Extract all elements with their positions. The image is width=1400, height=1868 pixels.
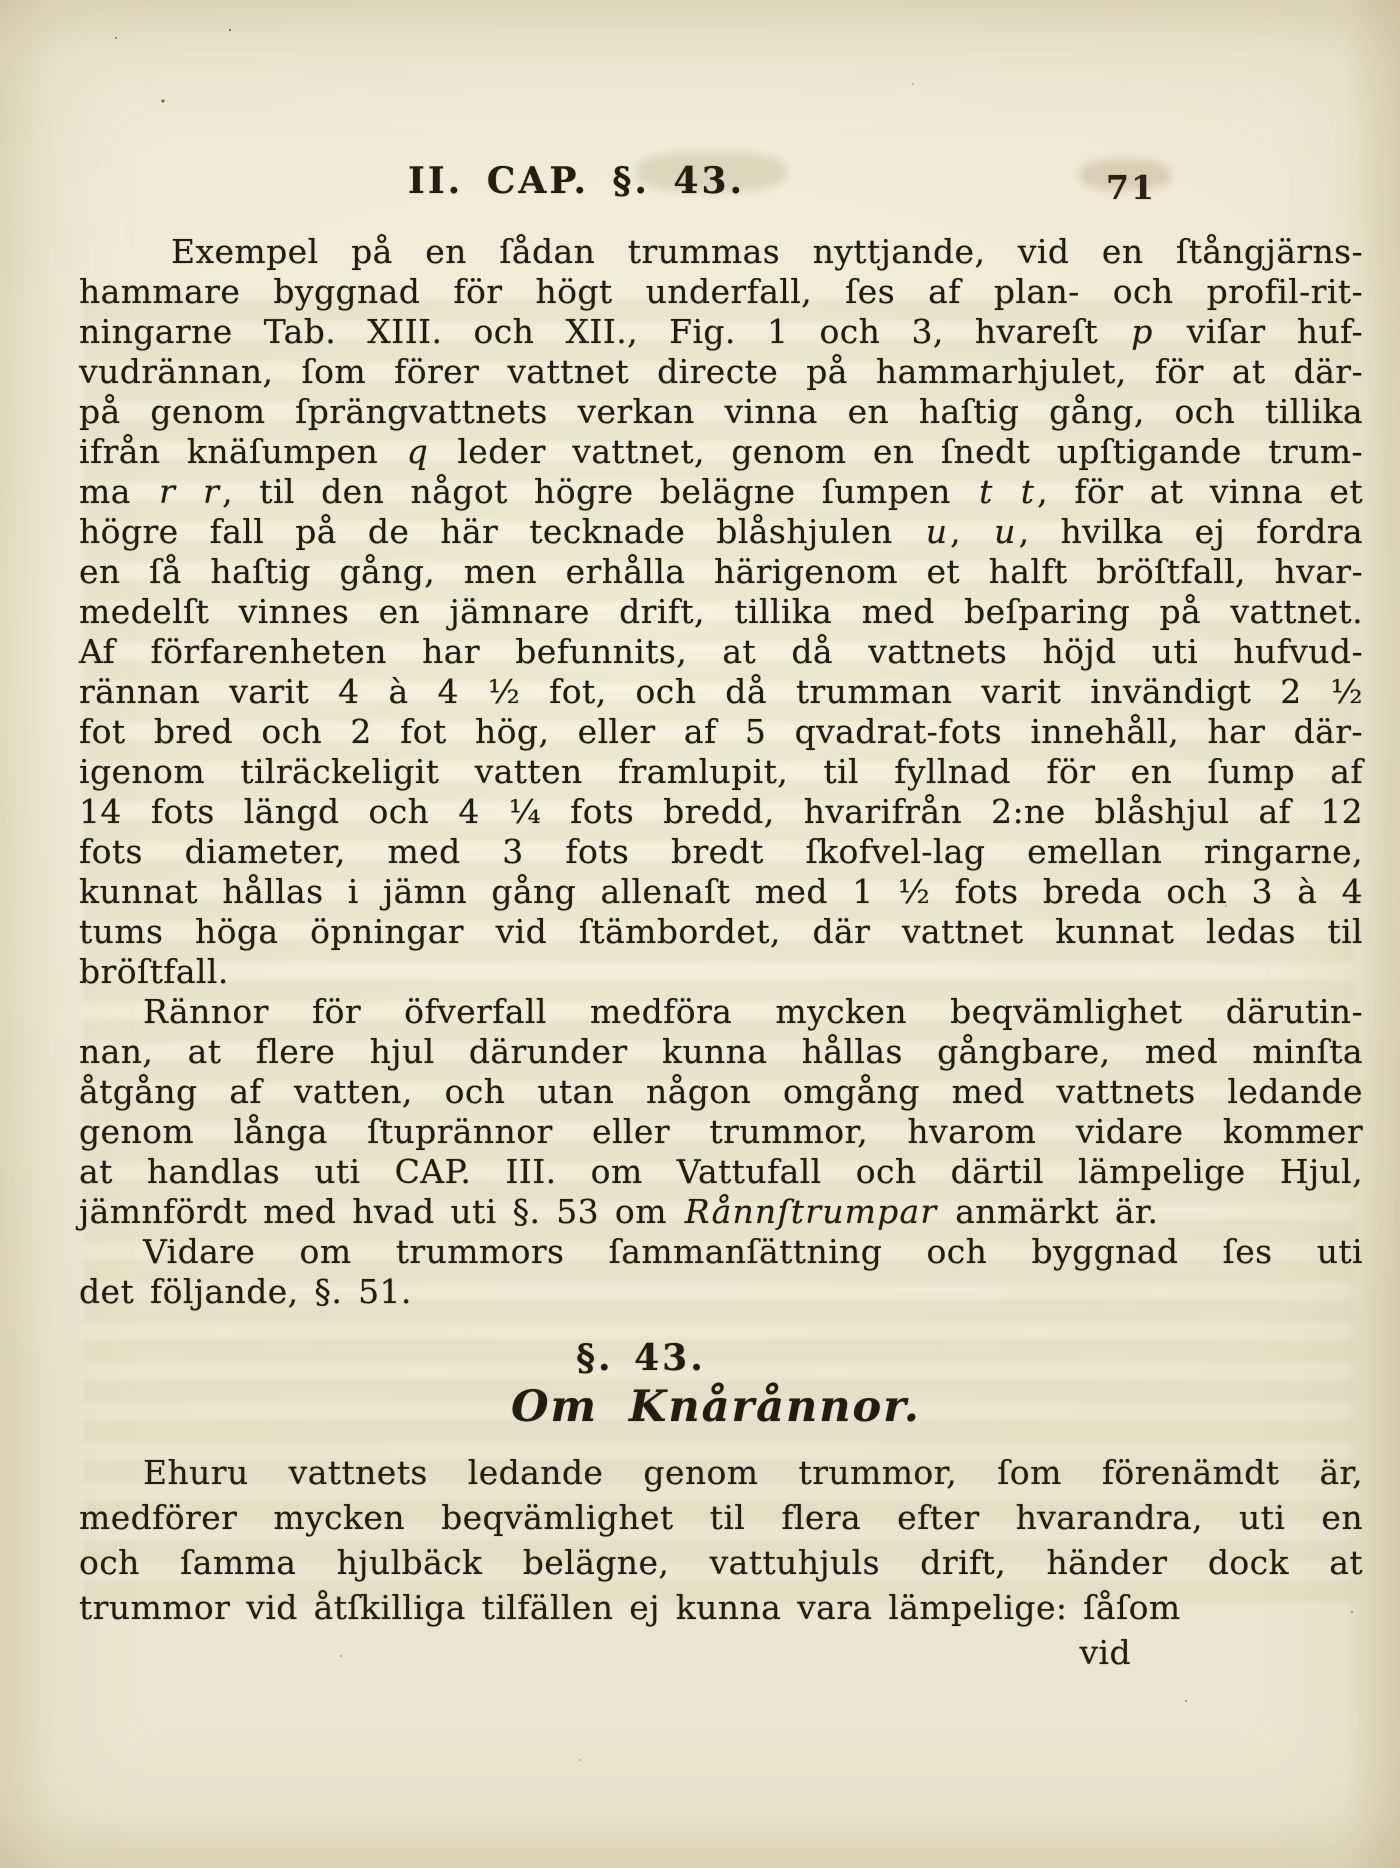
- text-column: Exempel på en ſådan trummas nyttjande, v…: [79, 232, 1363, 1675]
- text-line: ningarne Tab. XIII. och XII., Fig. 1 och…: [79, 312, 1363, 352]
- text-line: at handlas uti CAP. III. om Vattufall oc…: [79, 1152, 1363, 1192]
- text-line: åtgång af vatten, och utan någon omgång …: [79, 1072, 1363, 1112]
- paragraph-2: Rännor för öfverfall medföra mycken beqv…: [79, 992, 1363, 1232]
- text-line: hammare byggnad för högt underfall, ſes …: [79, 272, 1363, 312]
- text-line: Ehuru vattnets ledande genom trummor, ſo…: [79, 1450, 1363, 1495]
- running-head: II. CAP. §. 43.: [408, 160, 745, 202]
- text-line: på genom ſprängvattnets verkan vinna en …: [79, 392, 1363, 432]
- section-number: §. 43.: [79, 1338, 1363, 1378]
- text-line: det följande, §. 51.: [79, 1272, 1363, 1312]
- text-line: ma r r, til den något högre belägne ſump…: [79, 472, 1363, 512]
- text-line: fots diameter, med 3 fots bredt ſkofvel-…: [79, 832, 1363, 872]
- text-line: Af förfarenheten har befunnits, at då va…: [79, 632, 1363, 672]
- text-line: Exempel på en ſådan trummas nyttjande, v…: [79, 232, 1363, 272]
- text-line: jämnfördt med hvad uti §. 53 om Rånnſtru…: [79, 1192, 1363, 1232]
- text-line: vudrännan, ſom förer vattnet directe på …: [79, 352, 1363, 392]
- text-line: ifrån knäſumpen q leder vattnet, genom e…: [79, 432, 1363, 472]
- text-line: rännan varit 4 à 4 ½ fot, och då trumman…: [79, 672, 1363, 712]
- paragraph-4: Ehuru vattnets ledande genom trummor, ſo…: [79, 1450, 1363, 1630]
- text-line: bröſtfall.: [79, 952, 1363, 992]
- text-line: Rännor för öfverfall medföra mycken beqv…: [79, 992, 1363, 1032]
- section-title: Om Knårånnor.: [79, 1387, 1363, 1427]
- text-line: nan, at flere hjul därunder kunna hållas…: [79, 1032, 1363, 1072]
- text-line: Vidare om trummors ſammanſättning och by…: [79, 1232, 1363, 1272]
- text-line: medelſt vinnes en jämnare drift, tillika…: [79, 592, 1363, 632]
- text-line: kunnat hållas i jämn gång allenaſt med 1…: [79, 872, 1363, 912]
- text-line: 14 fots längd och 4 ¼ fots bredd, hvarif…: [79, 792, 1363, 832]
- catchword: vid: [79, 1630, 1363, 1675]
- text-line: medförer mycken beqvämlighet til flera e…: [79, 1495, 1363, 1540]
- text-line: en ſå haſtig gång, men erhålla härigenom…: [79, 552, 1363, 592]
- text-line: högre fall på de här tecknade blåshjulen…: [79, 512, 1363, 552]
- paragraph-3: Vidare om trummors ſammanſättning och by…: [79, 1232, 1363, 1312]
- text-line: tums höga öpningar vid ſtämbordet, där v…: [79, 912, 1363, 952]
- text-line: trummor vid åtſkilliga tilfällen ej kunn…: [79, 1585, 1363, 1630]
- text-line: igenom tilräckeligit vatten framlupit, t…: [79, 752, 1363, 792]
- text-line: fot bred och 2 fot hög, eller af 5 qvadr…: [79, 712, 1363, 752]
- book-page: II. CAP. §. 43. 71 Exempel på en ſådan t…: [0, 0, 1400, 1868]
- page-number: 71: [1106, 168, 1156, 207]
- text-line: genom långa ſtuprännor eller trummor, hv…: [79, 1112, 1363, 1152]
- text-line: och ſamma hjulbäck belägne, vattuhjuls d…: [79, 1540, 1363, 1585]
- paragraph-1: Exempel på en ſådan trummas nyttjande, v…: [79, 232, 1363, 992]
